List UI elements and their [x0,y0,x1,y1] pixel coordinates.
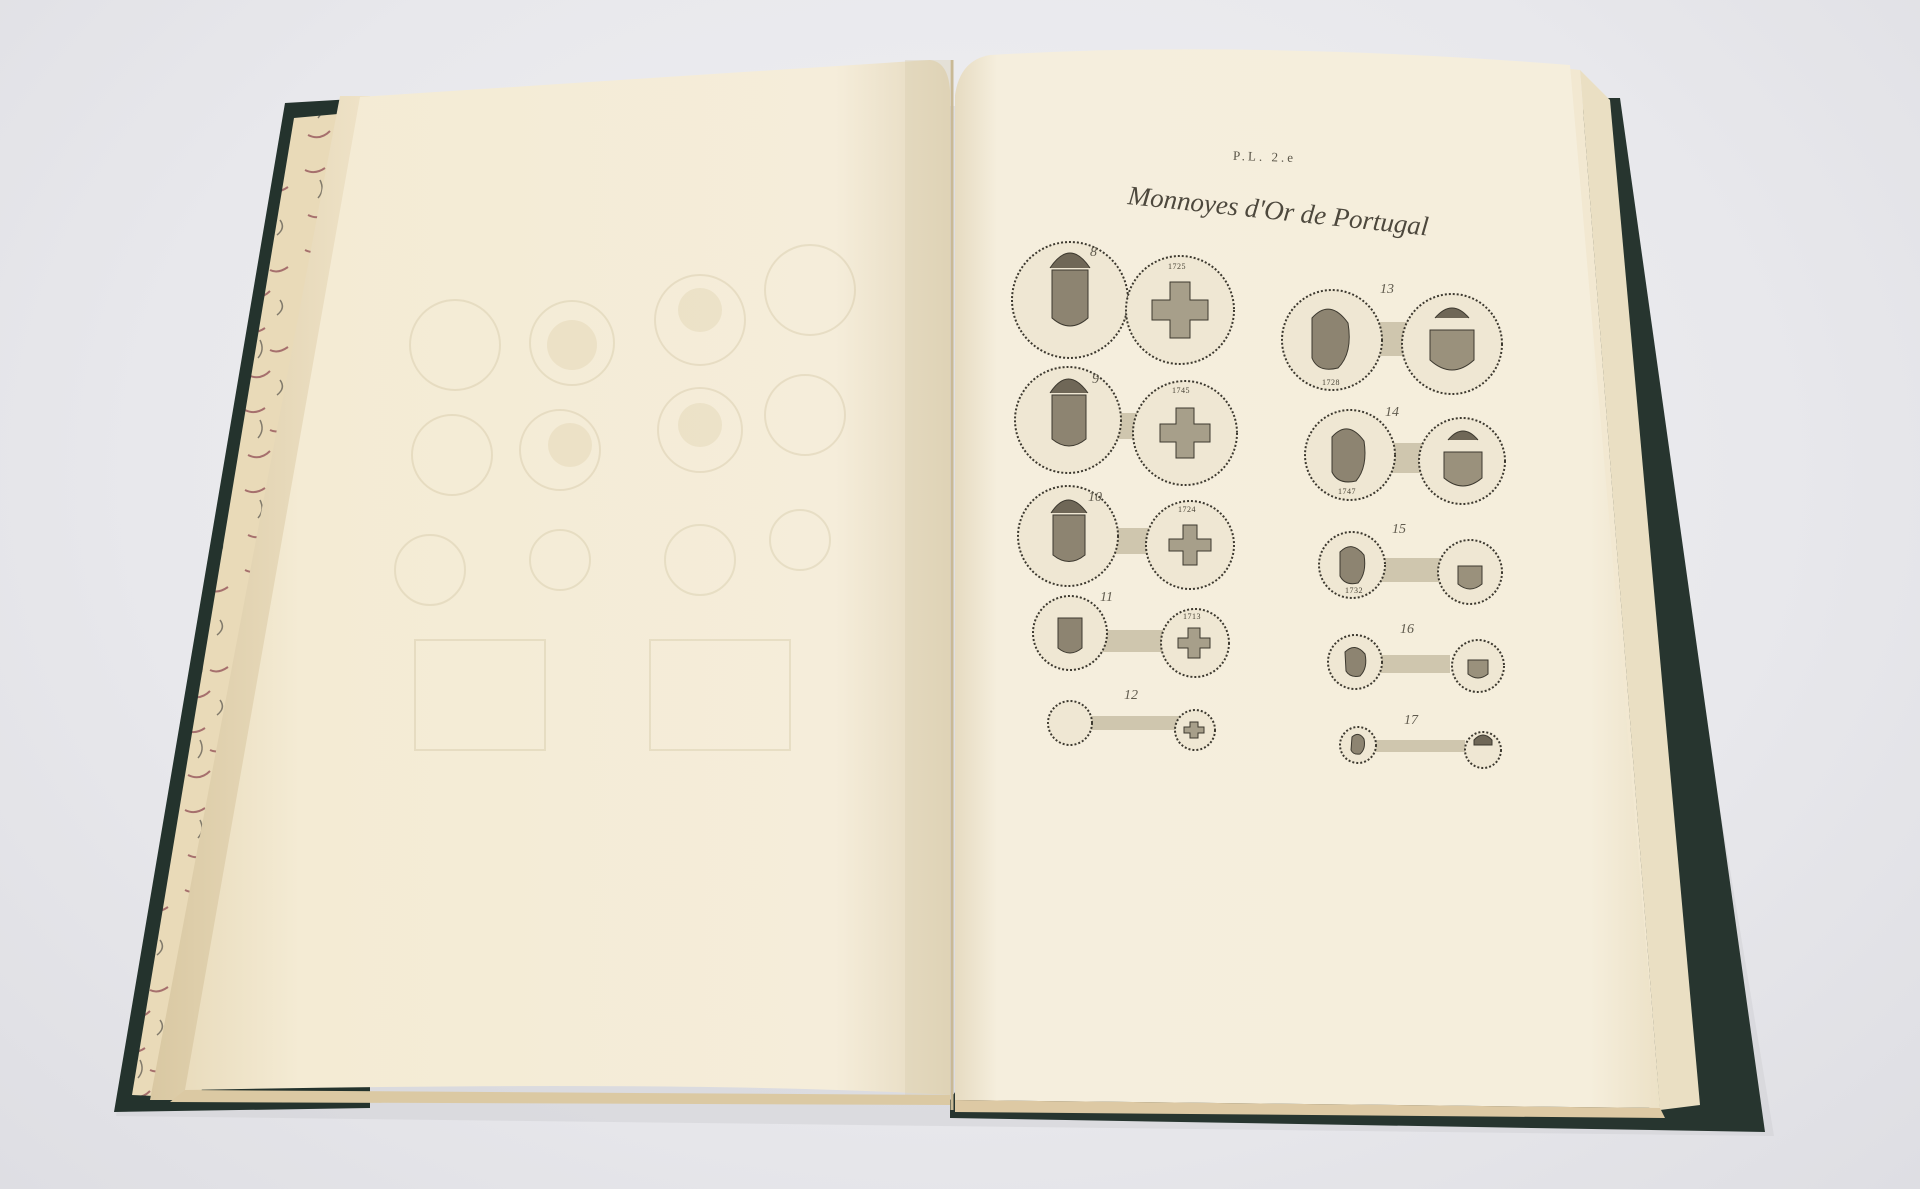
coin-number-9: 9 [1092,372,1099,388]
coin-number-15: 15 [1392,522,1406,538]
coin-date-8: 1725 [1168,262,1186,271]
coin-pair-14 [1305,410,1505,504]
coin-pair-17 [1340,727,1501,768]
coin-plate [0,0,1920,1189]
coin-number-17: 17 [1404,713,1418,729]
coin-number-14: 14 [1385,405,1399,421]
coin-pair-11 [1033,596,1229,677]
coin-number-8: 8 [1090,245,1097,261]
coin-date-13: 1728 [1322,378,1340,387]
coin-date-10: 1724 [1178,505,1196,514]
coin-pair-16 [1328,635,1504,692]
coin-number-10: 10 [1088,490,1102,506]
photo-scene: P.L. 2.e Monnoyes d'Or de Portugal [0,0,1920,1189]
coin-number-13: 13 [1380,282,1394,298]
coin-date-9: 1745 [1172,386,1190,395]
coin-pair-8 [1012,242,1234,364]
coin-date-11: 1713 [1183,612,1201,621]
coin-number-11: 11 [1100,590,1113,606]
coin-pair-10 [1018,486,1234,589]
coin-pair-13 [1282,290,1502,394]
coin-pair-12 [1048,701,1215,750]
coin-number-16: 16 [1400,622,1414,638]
coin-number-12: 12 [1124,688,1138,704]
coin-pair-9 [1015,367,1237,485]
coin-date-15: 1732 [1345,586,1363,595]
coin-date-14: 1747 [1338,487,1356,496]
